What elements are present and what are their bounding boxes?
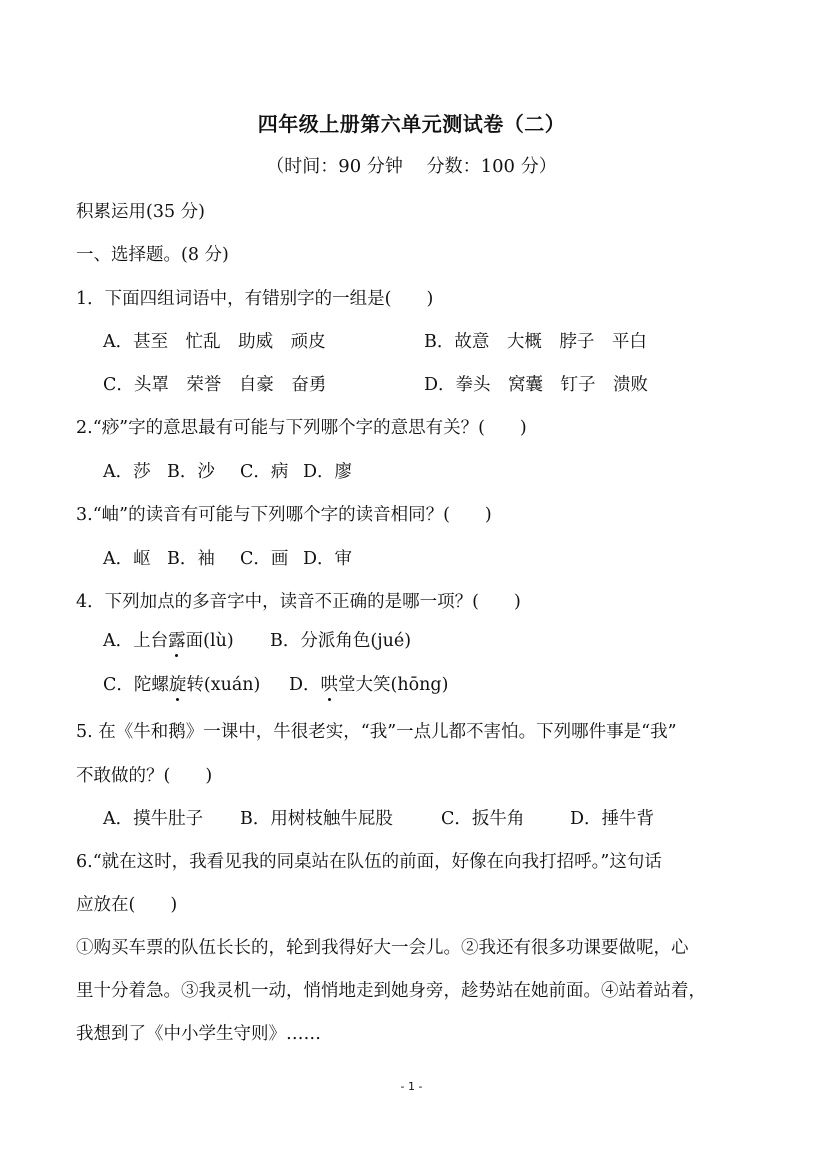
question-2-option-a: A．莎 <box>103 458 151 483</box>
question-5-option-c: C．扳牛角 <box>441 805 524 830</box>
question-1-option-a: A．甚至 忙乱 助威 顽皮 <box>103 328 326 353</box>
option-text: 色(jué) <box>353 631 411 651</box>
question-6-stem-line-1: 6.“就在这时，我看见我的同桌站在队伍的前面，好像在向我打招呼。”这句话 <box>76 848 662 873</box>
option-char: 角 <box>335 631 353 651</box>
question-2-option-d: D．廖 <box>303 458 352 483</box>
question-4-stem: 4．下列加点的多音字中，读音不正确的是哪一项？( ) <box>76 588 521 613</box>
question-3-option-c: C．画 <box>240 545 288 570</box>
section-heading: 积累运用(35 分) <box>76 198 205 223</box>
question-6-passage-line-3: 我想到了《中小学生守则》…… <box>76 1020 321 1045</box>
question-3-option-b: B．袖 <box>167 545 215 570</box>
option-text: C．陀螺 <box>103 675 169 695</box>
question-5-option-b: B．用树枝触牛屁股 <box>240 805 393 830</box>
question-1-option-c: C．头罩 荣誉 自豪 奋勇 <box>103 371 326 396</box>
question-4-option-c: C．陀螺旋转(xuán) <box>103 671 260 696</box>
question-5-option-d: D．捶牛背 <box>570 805 654 830</box>
question-2-stem: 2.“痧”字的意思最有可能与下列哪个字的意思有关？( ) <box>76 414 527 439</box>
part-heading: 一、选择题。(8 分) <box>76 241 229 266</box>
option-text: D． <box>289 675 321 695</box>
emphasis-dotted-char: 旋 <box>169 671 187 696</box>
question-4-option-a: A．上台露面(lù) <box>103 627 234 652</box>
question-4-option-d: D．哄堂大笑(hōng) <box>289 671 448 696</box>
option-text: 堂大笑(hōng) <box>338 675 448 695</box>
question-3-option-d: D．审 <box>303 545 352 570</box>
emphasis-dotted-char: 哄 <box>321 671 339 696</box>
option-text: B．分派 <box>270 631 335 651</box>
page-number: - 1 - <box>0 1080 823 1093</box>
emphasis-dotted-char: 露 <box>168 627 186 652</box>
question-2-option-c: C．病 <box>240 458 288 483</box>
question-4-option-b: B．分派角色(jué) <box>270 627 411 652</box>
question-3-option-a: A．岖 <box>103 545 151 570</box>
question-6-passage-line-2: 里十分着急。③我灵机一动，悄悄地走到她身旁，趁势站在她前面。④站着站着， <box>76 977 706 1002</box>
question-1-option-b: B．故意 大概 脖子 平白 <box>424 328 647 353</box>
question-1-stem: 1．下面四组词语中，有错别字的一组是( ) <box>76 285 433 310</box>
exam-page: 四年级上册第六单元测试卷（二） （时间：90 分钟 分数：100 分） 积累运用… <box>0 0 823 1165</box>
option-text: 面(lù) <box>186 631 234 651</box>
question-1-option-d: D．拳头 窝囊 钉子 溃败 <box>424 371 648 396</box>
option-text: 转(xuán) <box>186 675 260 695</box>
exam-title: 四年级上册第六单元测试卷（二） <box>0 108 823 137</box>
option-text: A．上台 <box>103 631 168 651</box>
question-2-option-b: B．沙 <box>167 458 215 483</box>
question-6-passage-line-1: ①购买车票的队伍长长的，轮到我得好大一会儿。②我还有很多功课要做呢，心 <box>76 934 689 959</box>
question-5-option-a: A．摸牛肚子 <box>103 805 203 830</box>
question-6-stem-line-2: 应放在( ) <box>76 891 177 916</box>
exam-subtitle: （时间：90 分钟 分数：100 分） <box>0 152 823 178</box>
question-5-stem-line-2: 不敢做的？( ) <box>76 762 212 787</box>
question-5-stem-line-1: 5. 在《牛和鹅》一课中，牛很老实，“我”一点儿都不害怕。下列哪件事是“我” <box>76 718 677 743</box>
question-3-stem: 3.“岫”的读音有可能与下列哪个字的读音相同？( ) <box>76 501 492 526</box>
